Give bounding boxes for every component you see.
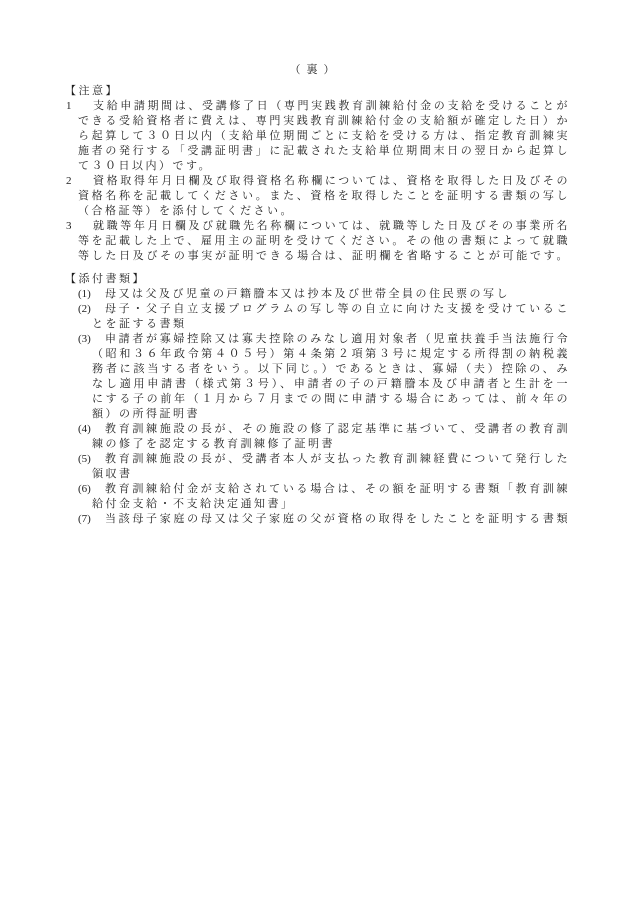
notice-item-2-number: 2 [66,174,72,189]
attachment-item-5-number: (5) [78,452,91,467]
attachment-item-3-line-6: 額）の所得証明書 [0,407,630,422]
notice-item-2-line-1: 2資格取得年月日欄及び取得資格名称欄については、資格を取得した日及びその [0,174,630,189]
attachment-item-6-text: 教育訓練給付金が支給されている場合は、その額を証明する書類「教育訓練 [105,483,570,495]
attachment-item-4-line-2: 練の修了を認定する教育訓練修了証明書 [0,437,630,452]
attachment-item-3-line-3: 務者に該当する者をいう。以下同じ。）であるときは、寡婦（夫）控除の、み [0,362,630,377]
attachments-heading: 【添付書類】 [0,272,630,287]
page-side-label: （裏） [0,63,630,78]
attachment-item-5-line-2: 領収書 [0,467,630,482]
attachment-item-1-number: (1) [78,287,91,302]
attachment-item-2-line-1: (2)母子・父子自立支援プログラムの写し等の自立に向けた支援を受けているこ [0,302,630,317]
document-page: （裏） 【注意】 1支給申請期間は、受講修了日（専門実践教育訓練給付金の支給を受… [0,0,630,903]
notice-item-3-line-1: 3就職等年月日欄及び就職先名称欄については、就職等した日及びその事業所名 [0,219,630,234]
attachment-item-6-line-1: (6)教育訓練給付金が支給されている場合は、その額を証明する書類「教育訓練 [0,482,630,497]
attachment-item-3-text: 申請者が寡婦控除又は寡夫控除のみなし適用対象者（児童扶養手当法施行令 [105,333,570,345]
notice-item-1-line-2: できる受給資格者に費えは、専門実践教育訓練給付金の支給額が確定した日）か [0,114,630,129]
notice-item-1-line-4: 施者の発行する「受講証明書」に記載された支給単位期間末日の翌日から起算し [0,144,630,159]
notice-item-2-line-3: （合格証等）を添付してください。 [0,204,630,219]
attachment-item-3-line-5: にする子の前年（１月から７月までの間に申請する場合にあっては、前々年の [0,392,630,407]
attachment-item-7-text: 当該母子家庭の母又は父子家庭の父が資格の取得をしたことを証明する書類 [105,513,570,525]
notice-item-1-line-1: 1支給申請期間は、受講修了日（専門実践教育訓練給付金の支給を受けることが [0,99,630,114]
notice-item-3-line-2: 等を記載した上で、雇用主の証明を受けてください。その他の書類によって就職 [0,234,630,249]
attachment-item-7-line-1: (7)当該母子家庭の母又は父子家庭の父が資格の取得をしたことを証明する書類 [0,512,630,527]
notice-item-2-line-2: 資格名称を記載してください。また、資格を取得したことを証明する書類の写し [0,189,630,204]
attachment-item-3-line-1: (3)申請者が寡婦控除又は寡夫控除のみなし適用対象者（児童扶養手当法施行令 [0,332,630,347]
attachment-item-2-line-2: とを証する書類 [0,317,630,332]
attachment-item-6-line-2: 給付金支給・不支給決定通知書」 [0,497,630,512]
attachment-item-1-text: 母又は父及び児童の戸籍謄本又は抄本及び世帯全員の住民票の写し [105,288,510,300]
attachment-item-5-text: 教育訓練施設の長が、受講者本人が支払った教育訓練経費について発行した [105,453,570,465]
attachment-item-4-text: 教育訓練施設の長が、その施設の修了認定基準に基づいて、受講者の教育訓 [105,423,570,435]
notice-item-1-number: 1 [66,99,72,114]
notice-item-3-number: 3 [66,219,72,234]
notice-item-3-text: 就職等年月日欄及び就職先名称欄については、就職等した日及びその事業所名 [93,220,570,232]
attachment-item-3-number: (3) [78,332,91,347]
notice-item-1-line-3: ら起算して３０日以内（支給単位期間ごとに支給を受ける方は、指定教育訓練実 [0,129,630,144]
attachment-item-3-line-2: （昭和３６年政令第４０５号）第４条第２項第３号に規定する所得割の納税義 [0,347,630,362]
attachment-item-7-number: (7) [78,512,91,527]
notice-heading: 【注意】 [0,84,630,99]
attachment-item-5-line-1: (5)教育訓練施設の長が、受講者本人が支払った教育訓練経費について発行した [0,452,630,467]
attachment-item-6-number: (6) [78,482,91,497]
notice-item-1-text: 支給申請期間は、受講修了日（専門実践教育訓練給付金の支給を受けることが [93,100,570,112]
notice-item-2-text: 資格取得年月日欄及び取得資格名称欄については、資格を取得した日及びその [93,175,570,187]
notice-item-1-line-5: て３０日以内）です。 [0,159,630,174]
attachment-item-4-line-1: (4)教育訓練施設の長が、その施設の修了認定基準に基づいて、受講者の教育訓 [0,422,630,437]
attachment-item-2-text: 母子・父子自立支援プログラムの写し等の自立に向けた支援を受けているこ [105,303,570,315]
attachment-item-1-line-1: (1)母又は父及び児童の戸籍謄本又は抄本及び世帯全員の住民票の写し [0,287,630,302]
attachment-item-3-line-4: なし適用申請書（様式第３号）、申請者の子の戸籍謄本及び申請者と生計を一 [0,377,630,392]
attachment-item-4-number: (4) [78,422,91,437]
notice-item-3-line-3: 等した日及びその事実が証明できる場合は、証明欄を省略することが可能です。 [0,249,630,264]
attachment-item-2-number: (2) [78,302,91,317]
